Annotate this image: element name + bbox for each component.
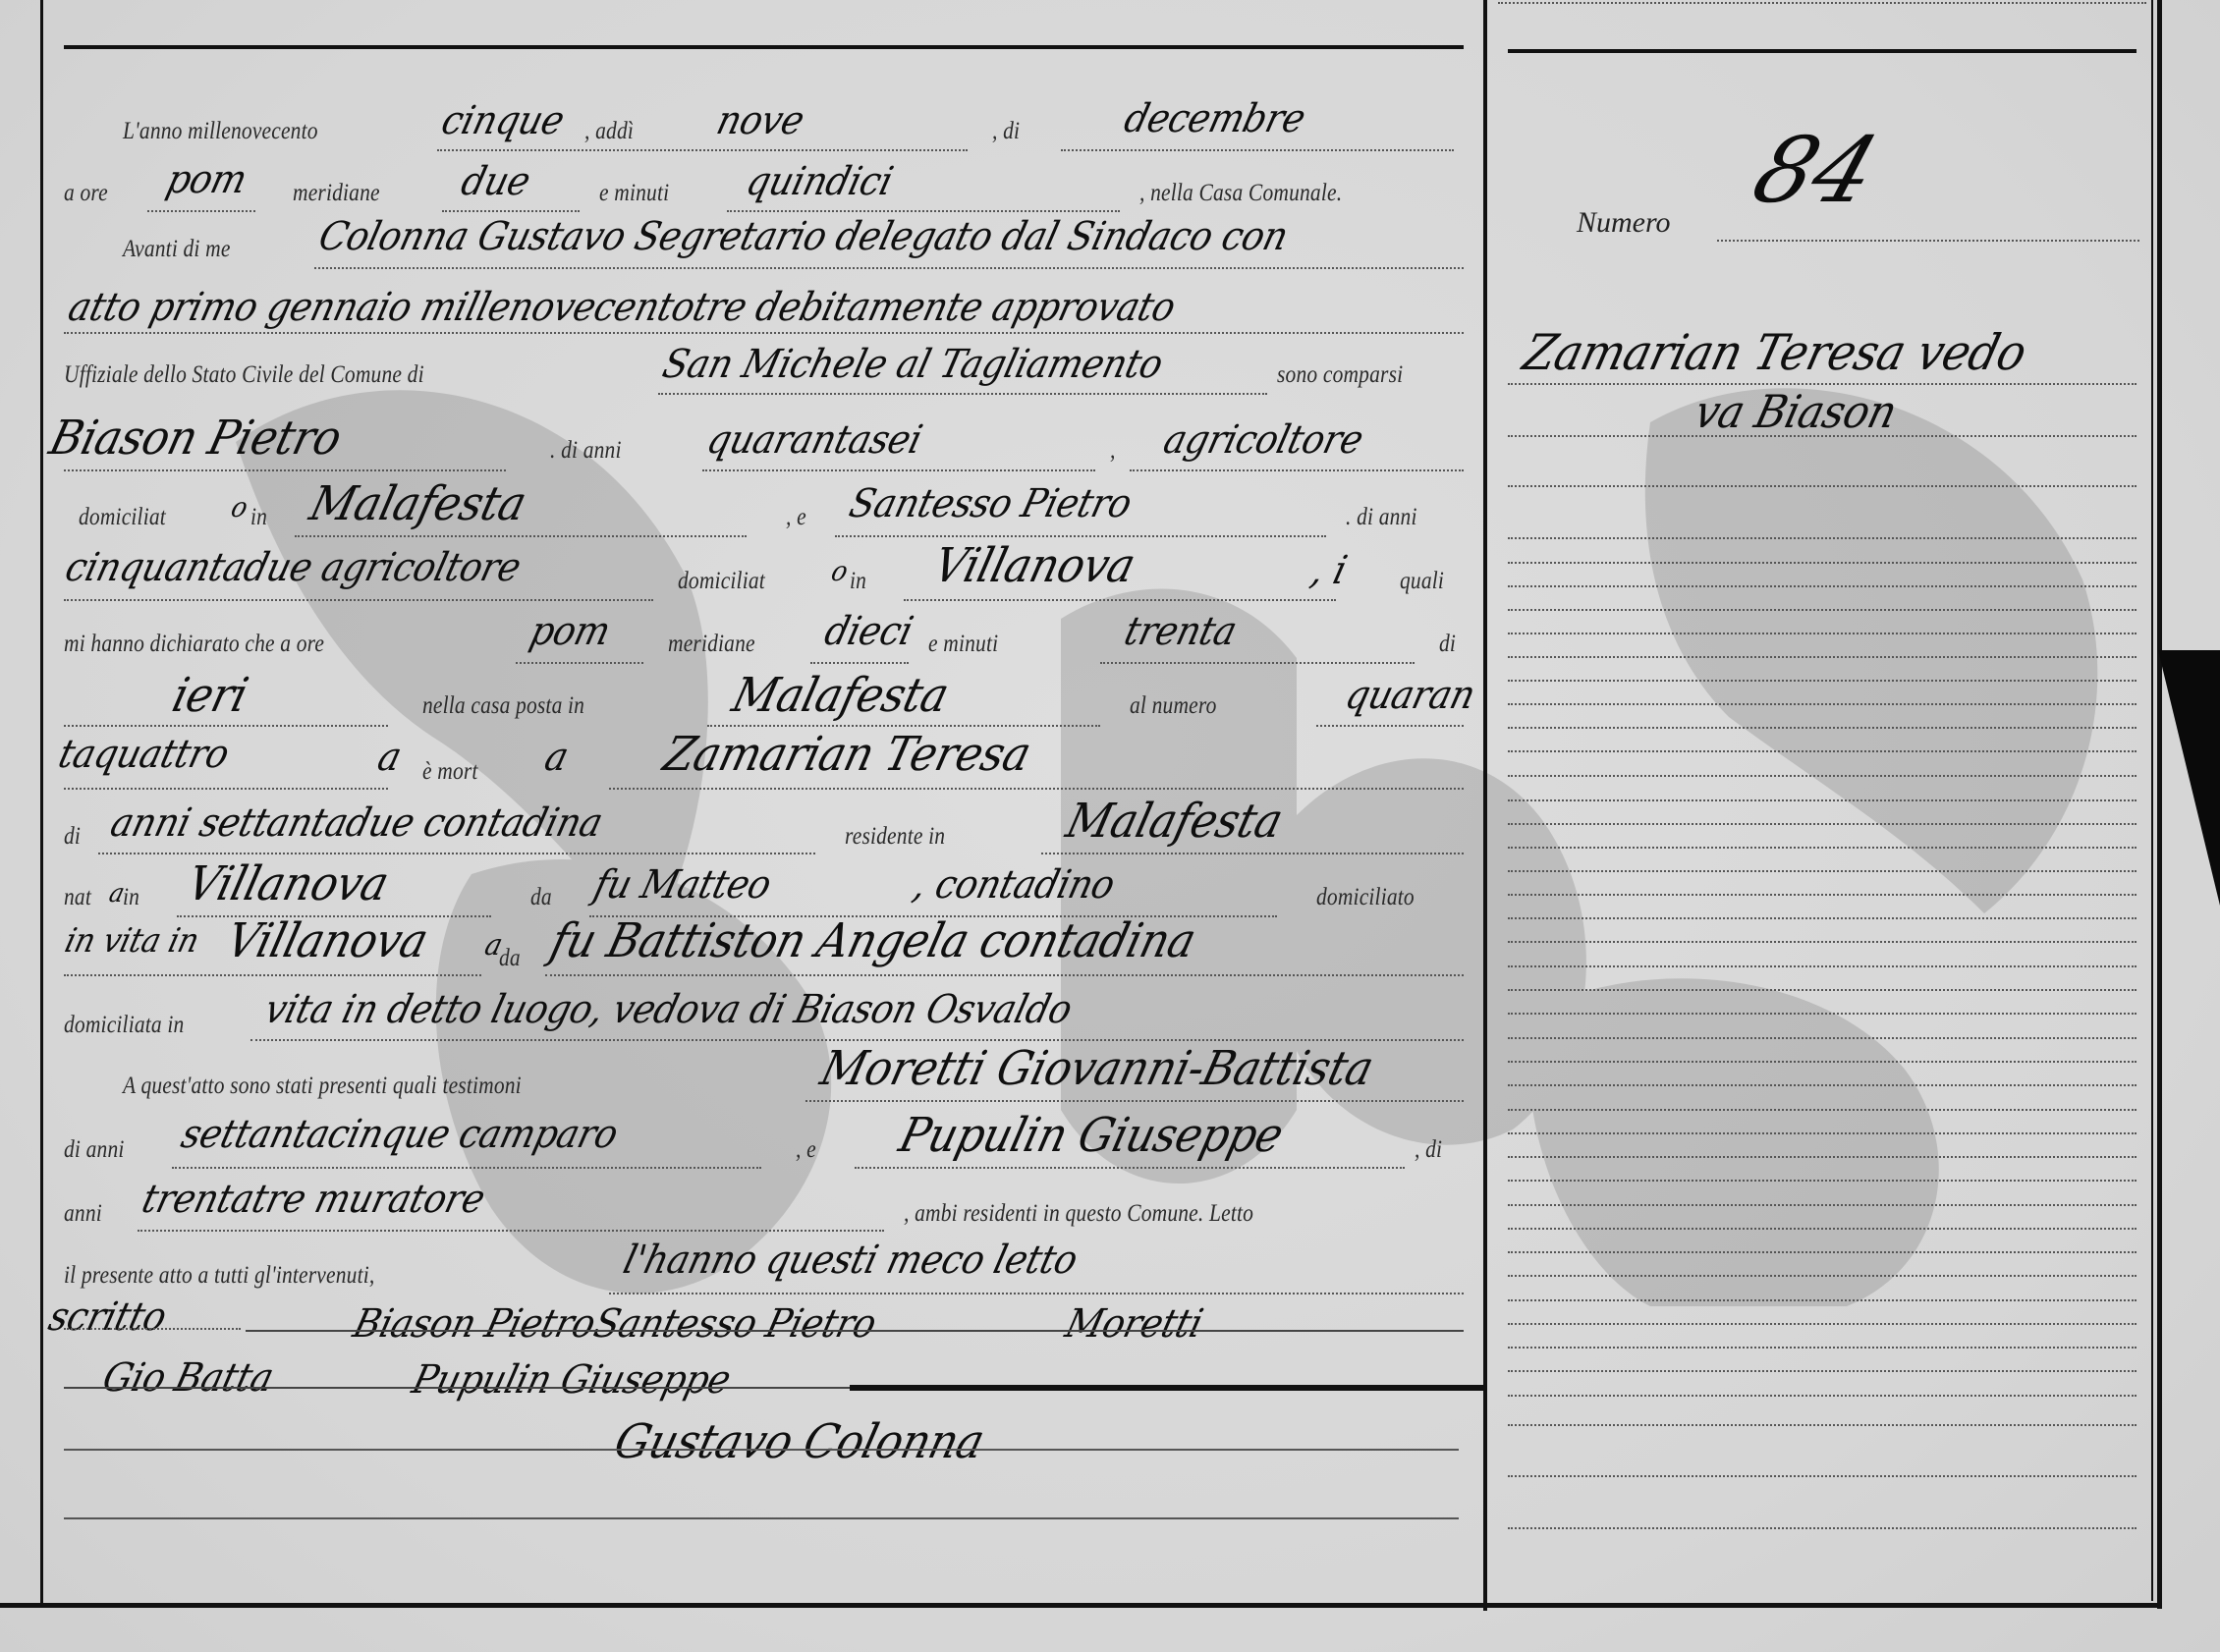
father-domicile-field: Villanova bbox=[221, 913, 433, 968]
margin-deceased-name: Zamarian Teresa vedo bbox=[1518, 324, 2032, 381]
printed-text: , di bbox=[1415, 1136, 1442, 1164]
printed-text: nella casa posta in bbox=[422, 692, 584, 720]
printed-text: domiciliat bbox=[79, 504, 166, 531]
printed-text: al numero bbox=[1130, 692, 1217, 720]
printed-text: meridiane bbox=[293, 180, 380, 207]
month-field: decembre bbox=[1120, 96, 1309, 141]
top-dotted-right bbox=[1498, 2, 2146, 4]
printed-text: Uffiziale dello Stato Civile del Comune … bbox=[64, 361, 424, 389]
field-line bbox=[835, 535, 1326, 537]
field-line bbox=[702, 469, 1095, 471]
printed-text: . di anni bbox=[1346, 504, 1417, 531]
field-line bbox=[609, 788, 1464, 790]
witness2-age-occupation-field: trentatre muratore bbox=[138, 1177, 489, 1222]
field-line bbox=[172, 1167, 761, 1169]
scanned-record-page: L'anno millenovecento cinque , addì nove… bbox=[0, 0, 2220, 1652]
printed-text: è mort bbox=[422, 758, 478, 786]
printed-text: in bbox=[250, 504, 267, 531]
field-line bbox=[64, 974, 481, 976]
field-line bbox=[855, 1167, 1405, 1169]
death-day-field: ieri bbox=[167, 668, 253, 723]
field-line bbox=[904, 599, 1336, 601]
field-line bbox=[64, 599, 653, 601]
printed-text: meridiane bbox=[668, 631, 755, 658]
field-line bbox=[810, 662, 909, 664]
death-time-period-field: pom bbox=[526, 609, 615, 654]
field-line bbox=[442, 210, 580, 212]
death-place-field: Malafesta bbox=[727, 668, 954, 723]
declarant1-occupation-field: agricoltore bbox=[1159, 417, 1367, 463]
hour-field: due bbox=[457, 159, 534, 204]
signature-line bbox=[64, 1387, 850, 1389]
field-line bbox=[545, 974, 1464, 976]
closing-rule bbox=[850, 1385, 1483, 1391]
delegation-field: atto primo gennaio millenovecentotre deb… bbox=[64, 285, 1180, 330]
printed-text: , addì bbox=[584, 118, 634, 145]
field-line bbox=[64, 788, 388, 790]
field-line bbox=[1061, 149, 1454, 151]
day-field: nove bbox=[712, 98, 808, 143]
printed-text: domiciliata in bbox=[64, 1012, 184, 1039]
father-domicile-prefix: in vita in bbox=[61, 921, 202, 961]
printed-text: , e bbox=[786, 504, 806, 531]
reading-confirmation-field: l'hanno questi meco letto bbox=[619, 1238, 1082, 1283]
punctuation: , i bbox=[1306, 548, 1351, 593]
signature-official-colonna: Gustavo Colonna bbox=[609, 1414, 989, 1469]
printed-text: domiciliat bbox=[678, 568, 765, 595]
birthplace-field: Villanova bbox=[182, 856, 394, 911]
left-border bbox=[40, 0, 43, 1606]
field-line bbox=[147, 210, 255, 212]
field-line bbox=[64, 469, 506, 471]
printed-text: , bbox=[1110, 437, 1116, 465]
gender-suffix: a bbox=[373, 735, 406, 780]
declarant2-name-field: Santesso Pietro bbox=[845, 481, 1136, 526]
witness1-age-occupation-field: settantacinque camparo bbox=[177, 1112, 622, 1157]
year-field: cinque bbox=[437, 98, 569, 143]
witness2-name-field: Pupulin Giuseppe bbox=[894, 1108, 1288, 1163]
printed-text: in bbox=[850, 568, 866, 595]
printed-text: quali bbox=[1400, 568, 1444, 595]
field-line bbox=[314, 267, 1464, 269]
deceased-residence-field: Malafesta bbox=[1061, 794, 1288, 849]
printed-text: il presente atto a tutti gl'intervenuti, bbox=[64, 1262, 374, 1290]
mother-name-occupation-field: fu Battiston Angela contadina bbox=[545, 913, 1201, 968]
printed-text: , nella Casa Comunale. bbox=[1139, 180, 1342, 207]
field-line bbox=[295, 535, 747, 537]
official-name-field: Colonna Gustavo Segretario delegato dal … bbox=[314, 214, 1293, 259]
declarant2-domicile-field: Villanova bbox=[928, 538, 1140, 593]
printed-text: L'anno millenovecento bbox=[123, 118, 318, 145]
declarant1-age-field: quarantasei bbox=[702, 417, 926, 463]
time-period-field: pom bbox=[162, 157, 251, 202]
printed-text: di bbox=[1439, 631, 1456, 658]
field-line bbox=[1316, 725, 1464, 727]
field-line bbox=[805, 1100, 1464, 1102]
deceased-age-occupation-field: anni settantadue contadina bbox=[106, 800, 607, 846]
declarant1-name-field: Biason Pietro bbox=[44, 411, 347, 466]
signature-line bbox=[64, 1449, 1459, 1451]
binding-shadow bbox=[2158, 650, 2220, 906]
comune-field: San Michele al Tagliamento bbox=[658, 342, 1167, 387]
signature-biason: Biason Pietro bbox=[349, 1301, 600, 1347]
center-divider bbox=[1483, 0, 1487, 1611]
field-line bbox=[727, 210, 1120, 212]
house-number-field: quaran bbox=[1341, 673, 1479, 718]
death-hour-field: dieci bbox=[820, 609, 917, 654]
printed-text: da bbox=[499, 945, 521, 972]
father-occupation-field: , contadino bbox=[909, 862, 1119, 908]
field-line bbox=[1100, 662, 1415, 664]
minutes-field: quindici bbox=[742, 159, 897, 204]
reading-confirmation-cont: scritto bbox=[44, 1294, 171, 1340]
field-line bbox=[64, 332, 1464, 334]
signature-moretti-cont: Gio Batta bbox=[98, 1355, 278, 1401]
printed-text: in bbox=[123, 884, 139, 911]
printed-text: , e bbox=[796, 1136, 816, 1164]
printed-text: a ore bbox=[64, 180, 108, 207]
printed-text: . di anni bbox=[550, 437, 622, 465]
bottom-rule bbox=[0, 1603, 2161, 1608]
field-line bbox=[516, 662, 643, 664]
printed-text: da bbox=[530, 884, 552, 911]
house-number-cont-field: taquattro bbox=[54, 732, 234, 777]
printed-text: A quest'atto sono stati presenti quali t… bbox=[123, 1073, 522, 1100]
right-border-thick bbox=[2157, 0, 2162, 1609]
gender-suffix: o bbox=[228, 491, 250, 523]
signature-line bbox=[246, 1330, 1464, 1332]
field-line bbox=[1130, 469, 1464, 471]
blank-line bbox=[64, 1517, 1459, 1519]
field-line bbox=[138, 1230, 884, 1232]
top-rule-right bbox=[1508, 49, 2137, 53]
mother-domicile-widow-field: vita in detto luogo, vedova di Biason Os… bbox=[260, 987, 1077, 1032]
field-line bbox=[609, 1293, 1464, 1294]
gender-suffix: a bbox=[540, 735, 573, 780]
declarant2-age-occupation-field: cinquantadue agricoltore bbox=[61, 545, 526, 590]
printed-text: residente in bbox=[845, 823, 945, 851]
printed-text: mi hanno dichiarato che a ore bbox=[64, 631, 324, 658]
record-number: 84 bbox=[1742, 118, 1891, 223]
printed-text: e minuti bbox=[599, 180, 669, 207]
field-line bbox=[64, 725, 388, 727]
deceased-name-field: Zamarian Teresa bbox=[658, 727, 1036, 782]
printed-text: Avanti di me bbox=[123, 236, 231, 263]
printed-text: nat bbox=[64, 884, 91, 911]
gender-suffix: o bbox=[828, 555, 851, 587]
printed-text: di anni bbox=[64, 1136, 125, 1164]
printed-text: sono comparsi bbox=[1277, 361, 1403, 389]
printed-text: domiciliato bbox=[1316, 884, 1415, 911]
right-border-thin bbox=[2151, 0, 2153, 1601]
printed-text: , ambi residenti in questo Comune. Letto bbox=[904, 1200, 1253, 1228]
signature-pupulin: Pupulin Giuseppe bbox=[408, 1357, 735, 1403]
numero-line bbox=[1717, 240, 2139, 242]
witness1-name-field: Moretti Giovanni-Battista bbox=[815, 1041, 1378, 1096]
field-line bbox=[98, 853, 815, 854]
signature-moretti: Moretti bbox=[1061, 1301, 1207, 1347]
numero-label: Numero bbox=[1577, 206, 1671, 240]
printed-text: di bbox=[64, 823, 81, 851]
signature-santesso: Santesso Pietro bbox=[589, 1301, 880, 1347]
field-line bbox=[1041, 853, 1464, 854]
printed-text: , di bbox=[992, 118, 1020, 145]
field-line bbox=[437, 149, 968, 151]
top-rule-left bbox=[64, 45, 1464, 49]
father-name-field: fu Matteo bbox=[589, 862, 775, 908]
margin-deceased-name-cont: va Biason bbox=[1690, 385, 1902, 438]
death-minutes-field: trenta bbox=[1120, 609, 1241, 654]
declarant1-domicile-field: Malafesta bbox=[305, 476, 531, 531]
field-line bbox=[64, 1328, 241, 1330]
field-line bbox=[658, 393, 1267, 395]
printed-text: e minuti bbox=[928, 631, 998, 658]
printed-text: anni bbox=[64, 1200, 102, 1228]
